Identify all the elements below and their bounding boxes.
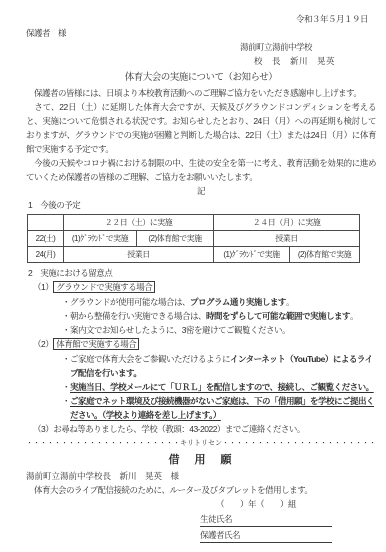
document-date: 令和３年５月１９日	[26, 12, 376, 26]
table-cell: (2)体育館で実施	[290, 247, 360, 263]
grade-class-blanks: （ ）年（ ）組	[216, 497, 376, 511]
bullet-bold-text: 時間をずらして可能な範囲で実施します	[206, 311, 350, 321]
bullet-text: ・ご家庭で体育大会をご参観いただけるように	[62, 354, 230, 364]
bullet-text: ・朝から整備を行い実施できる場合は、	[62, 311, 206, 321]
bullet-bold-text: プログラム通り実施します	[190, 297, 286, 307]
borrow-form-body: 体育大会のライブ配信接続のために、ルーター及びタブレットを借用します。	[26, 483, 376, 497]
table-header-saturday: ２２日（土）に実施	[64, 215, 214, 231]
closing-paragraph: 今後の天候やコロナ禍における制限の中、生徒の安全を第一に考え、教育活動を効果的に…	[26, 156, 376, 184]
bullet-line: ・朝から整備を行い実施できる場合は、時間をずらして可能な範囲で実施します。	[70, 309, 376, 323]
note-item-boxed-title: 体育館で実施する場合	[53, 338, 139, 350]
bullet-text: 。	[286, 297, 294, 307]
bullet-line: ・案内文でお知らせしたように、3密を避けてご観覧ください。	[70, 323, 376, 337]
bullet-text: 。	[350, 311, 358, 321]
table-header-row: ２２日（土）に実施 ２４日（月）に実施	[28, 215, 360, 231]
greeting-paragraph: 保護者の皆様には、日頃より本校教育活動へのご理解ご協力をいただき感謝申し上げます…	[26, 86, 376, 100]
principal-name: 校 長 新川 晃英	[254, 54, 376, 68]
bullet-text: ・案内文でお知らせしたように、3密を避けてご観覧ください。	[62, 325, 290, 335]
table-row: 22(土) (1)ｸﾞﾗｳﾝﾄﾞで実施 (2)体育館で実施 授業日	[28, 231, 360, 247]
bullet-line: ・ご家庭で体育大会をご参観いただけるようにインターネット（YouTube）による…	[70, 352, 376, 380]
bullet-text: ・	[62, 382, 70, 392]
note-item-gym: （2）体育館で実施する場合	[33, 337, 376, 352]
schedule-heading: 1 今後の予定	[28, 198, 376, 212]
student-name-label: 生徒氏名	[200, 514, 232, 524]
bullet-bold-underline-text: 実施当日、学校メールにて「ＵＲＬ」を配信しますので、接続し、ご観覧ください。	[70, 382, 374, 392]
student-name-field: 生徒氏名	[200, 511, 332, 527]
guardian-name-field: 保護者氏名	[200, 527, 332, 543]
table-cell: (1)ｸﾞﾗｳﾝﾄﾞで実施	[214, 247, 290, 263]
bullet-line: ・ご家庭でネット環境及び接続機器がないご家庭は、下の「借用願」を学校にご提出くだ…	[70, 394, 376, 422]
table-header-monday: ２４日（月）に実施	[214, 215, 360, 231]
cut-line: ・・・・・・・・・・・・・・・・・・・・・・キリトリセン・・・・・・・・・・・・…	[26, 437, 376, 451]
borrow-form-title: 借 用 願	[26, 451, 376, 469]
table-row: 24(月) 授業日 (1)ｸﾞﾗｳﾝﾄﾞで実施 (2)体育館で実施	[28, 247, 360, 263]
bullet-text: ・グラウンドが使用可能な場合は、	[62, 297, 190, 307]
row-label: 22(土)	[28, 231, 64, 247]
note-item-label: （1）	[33, 282, 53, 292]
bullet-bold-underline-text: ご家庭でネット環境及び接続機器がないご家庭は、下の「借用願」を学校にご提出くださ…	[70, 396, 374, 420]
row-label: 24(月)	[28, 247, 64, 263]
school-name: 湯前町立湯前中学校	[240, 40, 376, 54]
table-cell: 授業日	[214, 231, 360, 247]
note-item-ground: （1）グラウンドで実施する場合	[33, 280, 376, 295]
table-cell: 授業日	[64, 247, 214, 263]
document-page: 令和３年５月１９日 保護者 様 湯前町立湯前中学校 校 長 新川 晃英 体育大会…	[0, 0, 386, 552]
main-paragraph: さて、22日（土）に延期した体育大会ですが、天候及びグラウンドコンディションを考…	[26, 100, 376, 156]
bullet-line: ・実施当日、学校メールにて「ＵＲＬ」を配信しますので、接続し、ご観覧ください。	[70, 380, 376, 394]
schedule-table: ２２日（土）に実施 ２４日（月）に実施 22(土) (1)ｸﾞﾗｳﾝﾄﾞで実施 …	[27, 214, 360, 263]
addressee: 保護者 様	[26, 26, 376, 40]
bullet-line: ・グラウンドが使用可能な場合は、プログラム通り実施します。	[70, 295, 376, 309]
note-item-label: （2）	[33, 339, 53, 349]
guardian-name-label: 保護者氏名	[200, 530, 240, 540]
bullet-text: ・	[62, 396, 70, 406]
note-item-contact: （3）お尋ね等ありましたら、学校（教頭：43-2022）までご連絡ください。	[33, 422, 376, 437]
document-title: 体育大会の実施について（お知らせ）	[26, 70, 376, 86]
table-cell: (1)ｸﾞﾗｳﾝﾄﾞで実施	[64, 231, 137, 247]
table-corner-cell	[28, 215, 64, 231]
table-cell: (2)体育館で実施	[137, 231, 214, 247]
notes-heading: 2 実施における留意点	[28, 266, 376, 280]
note-item-boxed-title: グラウンドで実施する場合	[53, 281, 155, 293]
borrow-form-addressee: 湯前町立湯前中学校長 新川 晃英 様	[26, 469, 376, 483]
record-mark: 記	[26, 184, 376, 198]
